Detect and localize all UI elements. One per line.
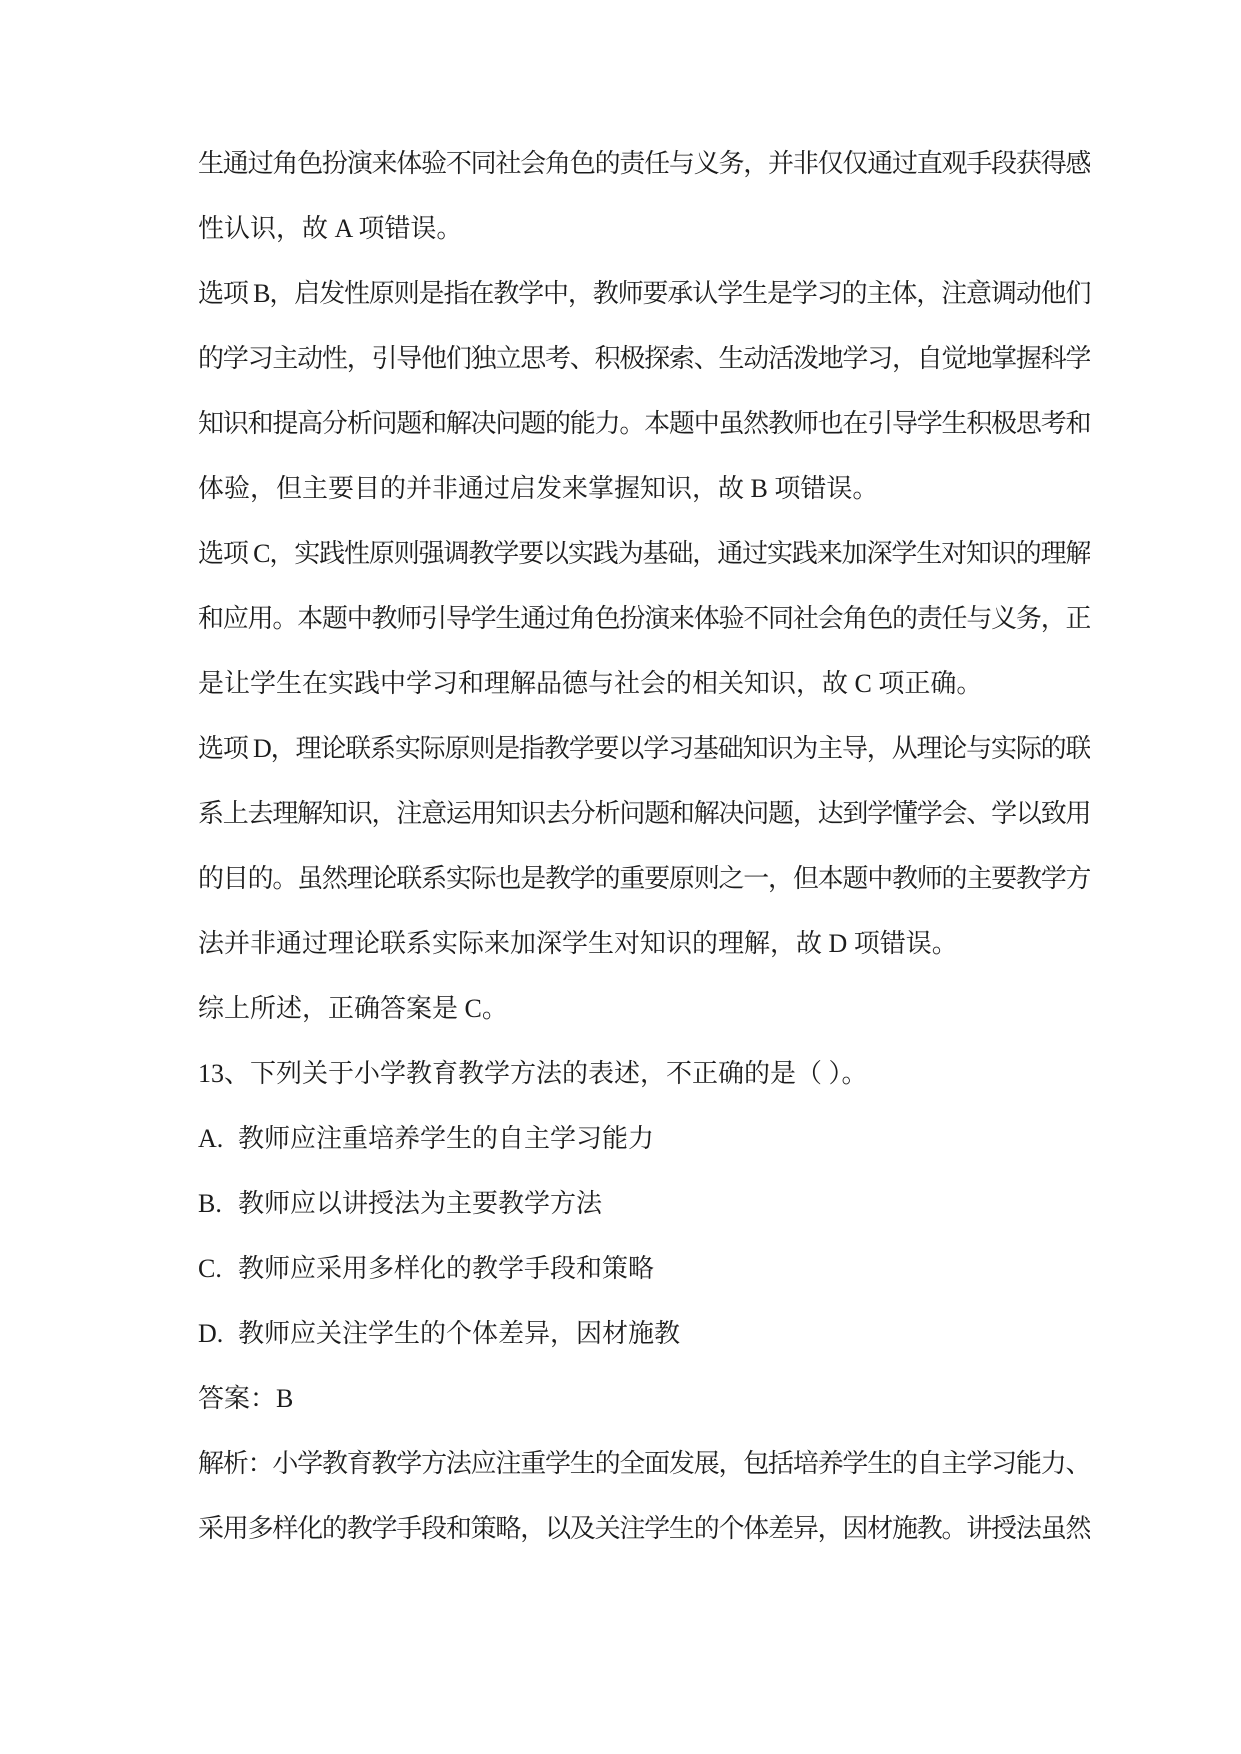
option-d-text: 教师应关注学生的个体差异，因材施教 xyxy=(238,1301,1090,1366)
analysis-option-d-line: 选项 D，理论联系实际原则是指教学要以学习基础知识为主导，从理论与实际的联 xyxy=(198,716,1090,781)
analysis-option-d-line: 系上去理解知识，注意运用知识去分析问题和解决问题，达到学懂学会、学以致用 xyxy=(198,781,1090,846)
option-c-marker: C. xyxy=(198,1236,238,1301)
analysis-text-line: 生通过角色扮演来体验不同社会角色的责任与义务，并非仅仅通过直观手段获得感 xyxy=(198,131,1090,196)
question-13-option-d: D. 教师应关注学生的个体差异，因材施教 xyxy=(198,1301,1090,1366)
summary-conclusion-line: 综上所述，正确答案是 C。 xyxy=(198,976,1090,1041)
option-c-text: 教师应采用多样化的教学手段和策略 xyxy=(238,1236,1090,1301)
question-13-option-a: A. 教师应注重培养学生的自主学习能力 xyxy=(198,1106,1090,1171)
option-a-text: 教师应注重培养学生的自主学习能力 xyxy=(238,1106,1090,1171)
question-13-stem: 13、下列关于小学教育教学方法的表述，不正确的是（ ）。 xyxy=(198,1041,1090,1106)
analysis-option-b-conclusion: 体验，但主要目的并非通过启发来掌握知识，故 B 项错误。 xyxy=(198,456,1090,521)
analysis-option-a-conclusion: 性认识，故 A 项错误。 xyxy=(198,196,1090,261)
question-13-answer-line: 答案：B xyxy=(198,1366,1090,1431)
question-13-option-c: C. 教师应采用多样化的教学手段和策略 xyxy=(198,1236,1090,1301)
question-13-analysis-line: 采用多样化的教学手段和策略，以及关注学生的个体差异，因材施教。讲授法虽然 xyxy=(198,1496,1090,1561)
option-d-marker: D. xyxy=(198,1301,238,1366)
question-13-analysis-line: 解析：小学教育教学方法应注重学生的全面发展，包括培养学生的自主学习能力、 xyxy=(198,1431,1090,1496)
analysis-option-b-line: 选项 B，启发性原则是指在教学中，教师要承认学生是学习的主体，注意调动他们 xyxy=(198,261,1090,326)
analysis-option-d-line: 的目的。虽然理论联系实际也是教学的重要原则之一，但本题中教师的主要教学方 xyxy=(198,846,1090,911)
analysis-option-d-conclusion: 法并非通过理论联系实际来加深学生对知识的理解，故 D 项错误。 xyxy=(198,911,1090,976)
option-a-marker: A. xyxy=(198,1106,238,1171)
analysis-option-c-line: 和应用。本题中教师引导学生通过角色扮演来体验不同社会角色的责任与义务，正 xyxy=(198,586,1090,651)
analysis-option-c-conclusion: 是让学生在实践中学习和理解品德与社会的相关知识，故 C 项正确。 xyxy=(198,651,1090,716)
option-b-marker: B. xyxy=(198,1171,238,1236)
document-text-block: 生通过角色扮演来体验不同社会角色的责任与义务，并非仅仅通过直观手段获得感 性认识… xyxy=(198,131,1090,1561)
document-page: 生通过角色扮演来体验不同社会角色的责任与义务，并非仅仅通过直观手段获得感 性认识… xyxy=(0,0,1241,1754)
analysis-option-c-line: 选项 C，实践性原则强调教学要以实践为基础，通过实践来加深学生对知识的理解 xyxy=(198,521,1090,586)
option-b-text: 教师应以讲授法为主要教学方法 xyxy=(238,1171,1090,1236)
question-13-option-b: B. 教师应以讲授法为主要教学方法 xyxy=(198,1171,1090,1236)
analysis-option-b-line: 知识和提高分析问题和解决问题的能力。本题中虽然教师也在引导学生积极思考和 xyxy=(198,391,1090,456)
analysis-option-b-line: 的学习主动性，引导他们独立思考、积极探索、生动活泼地学习，自觉地掌握科学 xyxy=(198,326,1090,391)
